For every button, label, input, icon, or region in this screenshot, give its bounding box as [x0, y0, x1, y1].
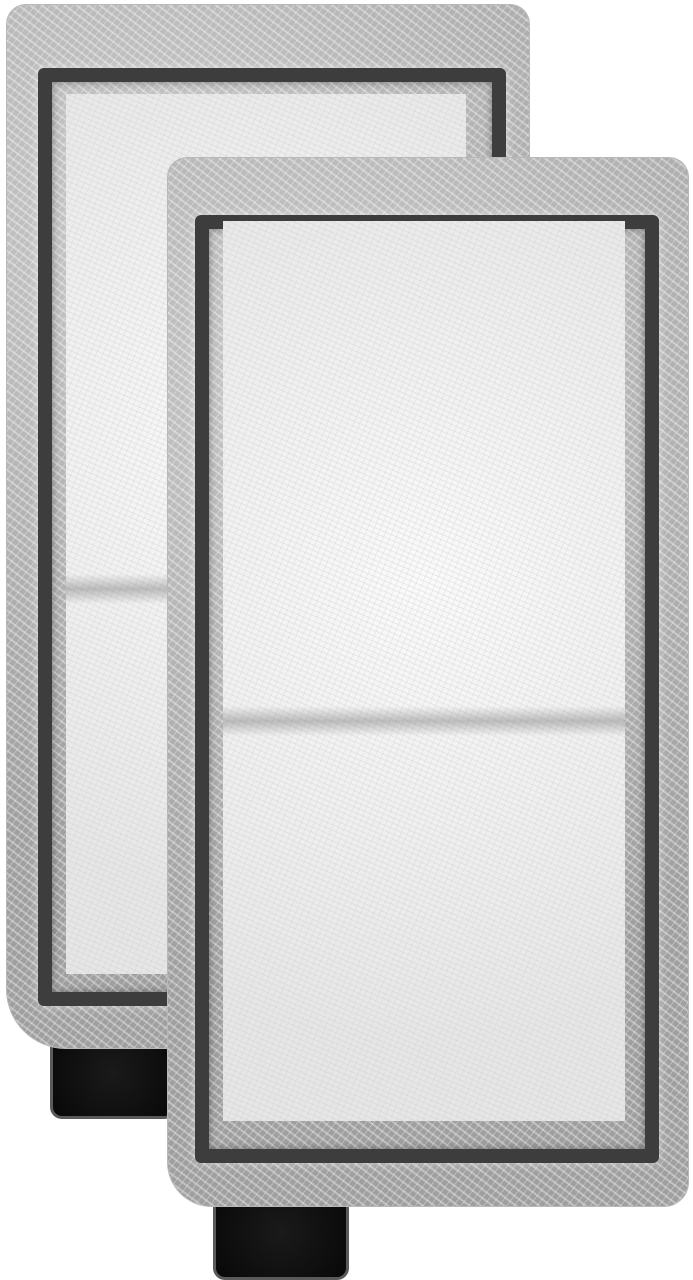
filter-cartridge-front: [167, 157, 689, 1207]
cartridge-tab: [213, 1202, 349, 1280]
media-divider: [223, 706, 625, 736]
filter-media: [223, 221, 625, 1121]
cartridge-tab: [50, 1044, 176, 1119]
